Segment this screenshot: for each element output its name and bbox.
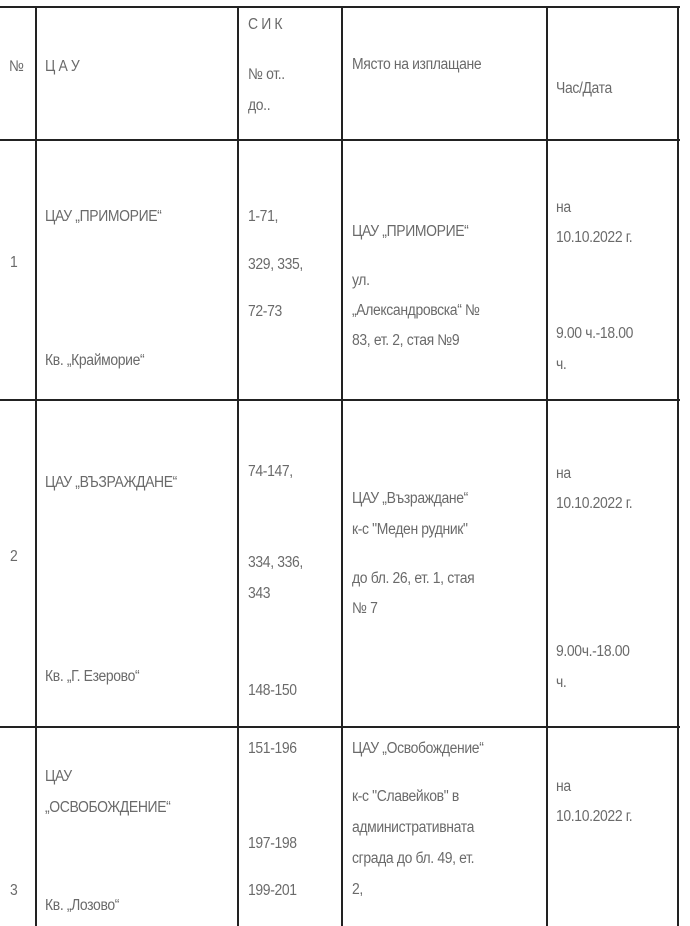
sik-range: 197-198	[248, 833, 297, 855]
sik-range: 343	[248, 583, 270, 605]
row-number: 1	[10, 252, 17, 274]
cau-name: ЦАУ „ВЪЗРАЖДАНЕ“	[45, 472, 177, 494]
row-divider	[0, 399, 680, 401]
sik-range: 151-196	[248, 738, 297, 760]
cau-name: ЦАУ „ПРИМОРИЕ“	[45, 206, 161, 228]
column-divider	[237, 6, 239, 926]
table-border-right	[677, 6, 679, 926]
cau-name: ЦАУ	[45, 766, 72, 788]
header-num: №	[9, 56, 24, 78]
time-text: 9.00ч.-18.00	[556, 641, 630, 663]
row-number: 2	[10, 546, 17, 568]
sik-range: 72-73	[248, 301, 282, 323]
place-text: 83, ет. 2, стая №9	[352, 330, 459, 352]
table-border-top	[0, 6, 680, 8]
place-text: сграда до бл. 49, ет.	[352, 848, 474, 870]
column-divider	[546, 6, 548, 926]
place-text: к-с "Меден рудник"	[352, 519, 468, 541]
place-text: ЦАУ „Възраждане“	[352, 488, 468, 510]
date-text: на	[556, 197, 571, 219]
place-text: до бл. 26, ет. 1, стая	[352, 568, 474, 590]
header-time: Час/Дата	[556, 78, 612, 100]
time-text: ч.	[556, 672, 566, 694]
row-divider	[0, 726, 680, 728]
sik-range: 329, 335,	[248, 254, 303, 276]
place-text: 2,	[352, 879, 363, 901]
sik-range: 1-71,	[248, 206, 278, 228]
distribution-table: № Ц А У С И К № от.. до.. Място на изпла…	[0, 0, 690, 926]
header-sik-from: № от..	[248, 64, 285, 86]
date-text: на	[556, 776, 571, 798]
time-text: ч.	[556, 354, 566, 376]
sik-range: 74-147,	[248, 461, 293, 483]
header-sik-title: С И К	[248, 14, 282, 36]
time-text: 9.00 ч.-18.00	[556, 323, 633, 345]
date-text: на	[556, 463, 571, 485]
place-text: ул.	[352, 270, 370, 292]
column-divider	[341, 6, 343, 926]
place-text: к-с "Славейков" в	[352, 786, 459, 808]
sik-range: 148-150	[248, 680, 297, 702]
cau-name: „ОСВОБОЖДЕНИЕ“	[45, 797, 170, 819]
sik-range: 334, 336,	[248, 552, 303, 574]
place-text: ЦАУ „Освобождение“	[352, 738, 483, 760]
cau-district: Кв. „Лозово“	[45, 895, 119, 917]
header-cau: Ц А У	[45, 56, 79, 78]
date-text: 10.10.2022 г.	[556, 806, 632, 828]
date-text: 10.10.2022 г.	[556, 227, 632, 249]
cau-district: Кв. „Крайморие“	[45, 350, 144, 372]
place-text: № 7	[352, 598, 378, 620]
place-text: „Александровска“ №	[352, 300, 480, 322]
header-place: Място на изплащане	[352, 54, 481, 76]
header-sik-to: до..	[248, 95, 270, 117]
place-text: ЦАУ „ПРИМОРИЕ“	[352, 221, 468, 243]
cau-district: Кв. „Г. Езерово“	[45, 666, 139, 688]
sik-range: 199-201	[248, 880, 297, 902]
row-divider	[0, 139, 680, 141]
row-number: 3	[10, 880, 17, 902]
column-divider	[35, 6, 37, 926]
date-text: 10.10.2022 г.	[556, 493, 632, 515]
place-text: административната	[352, 817, 474, 839]
